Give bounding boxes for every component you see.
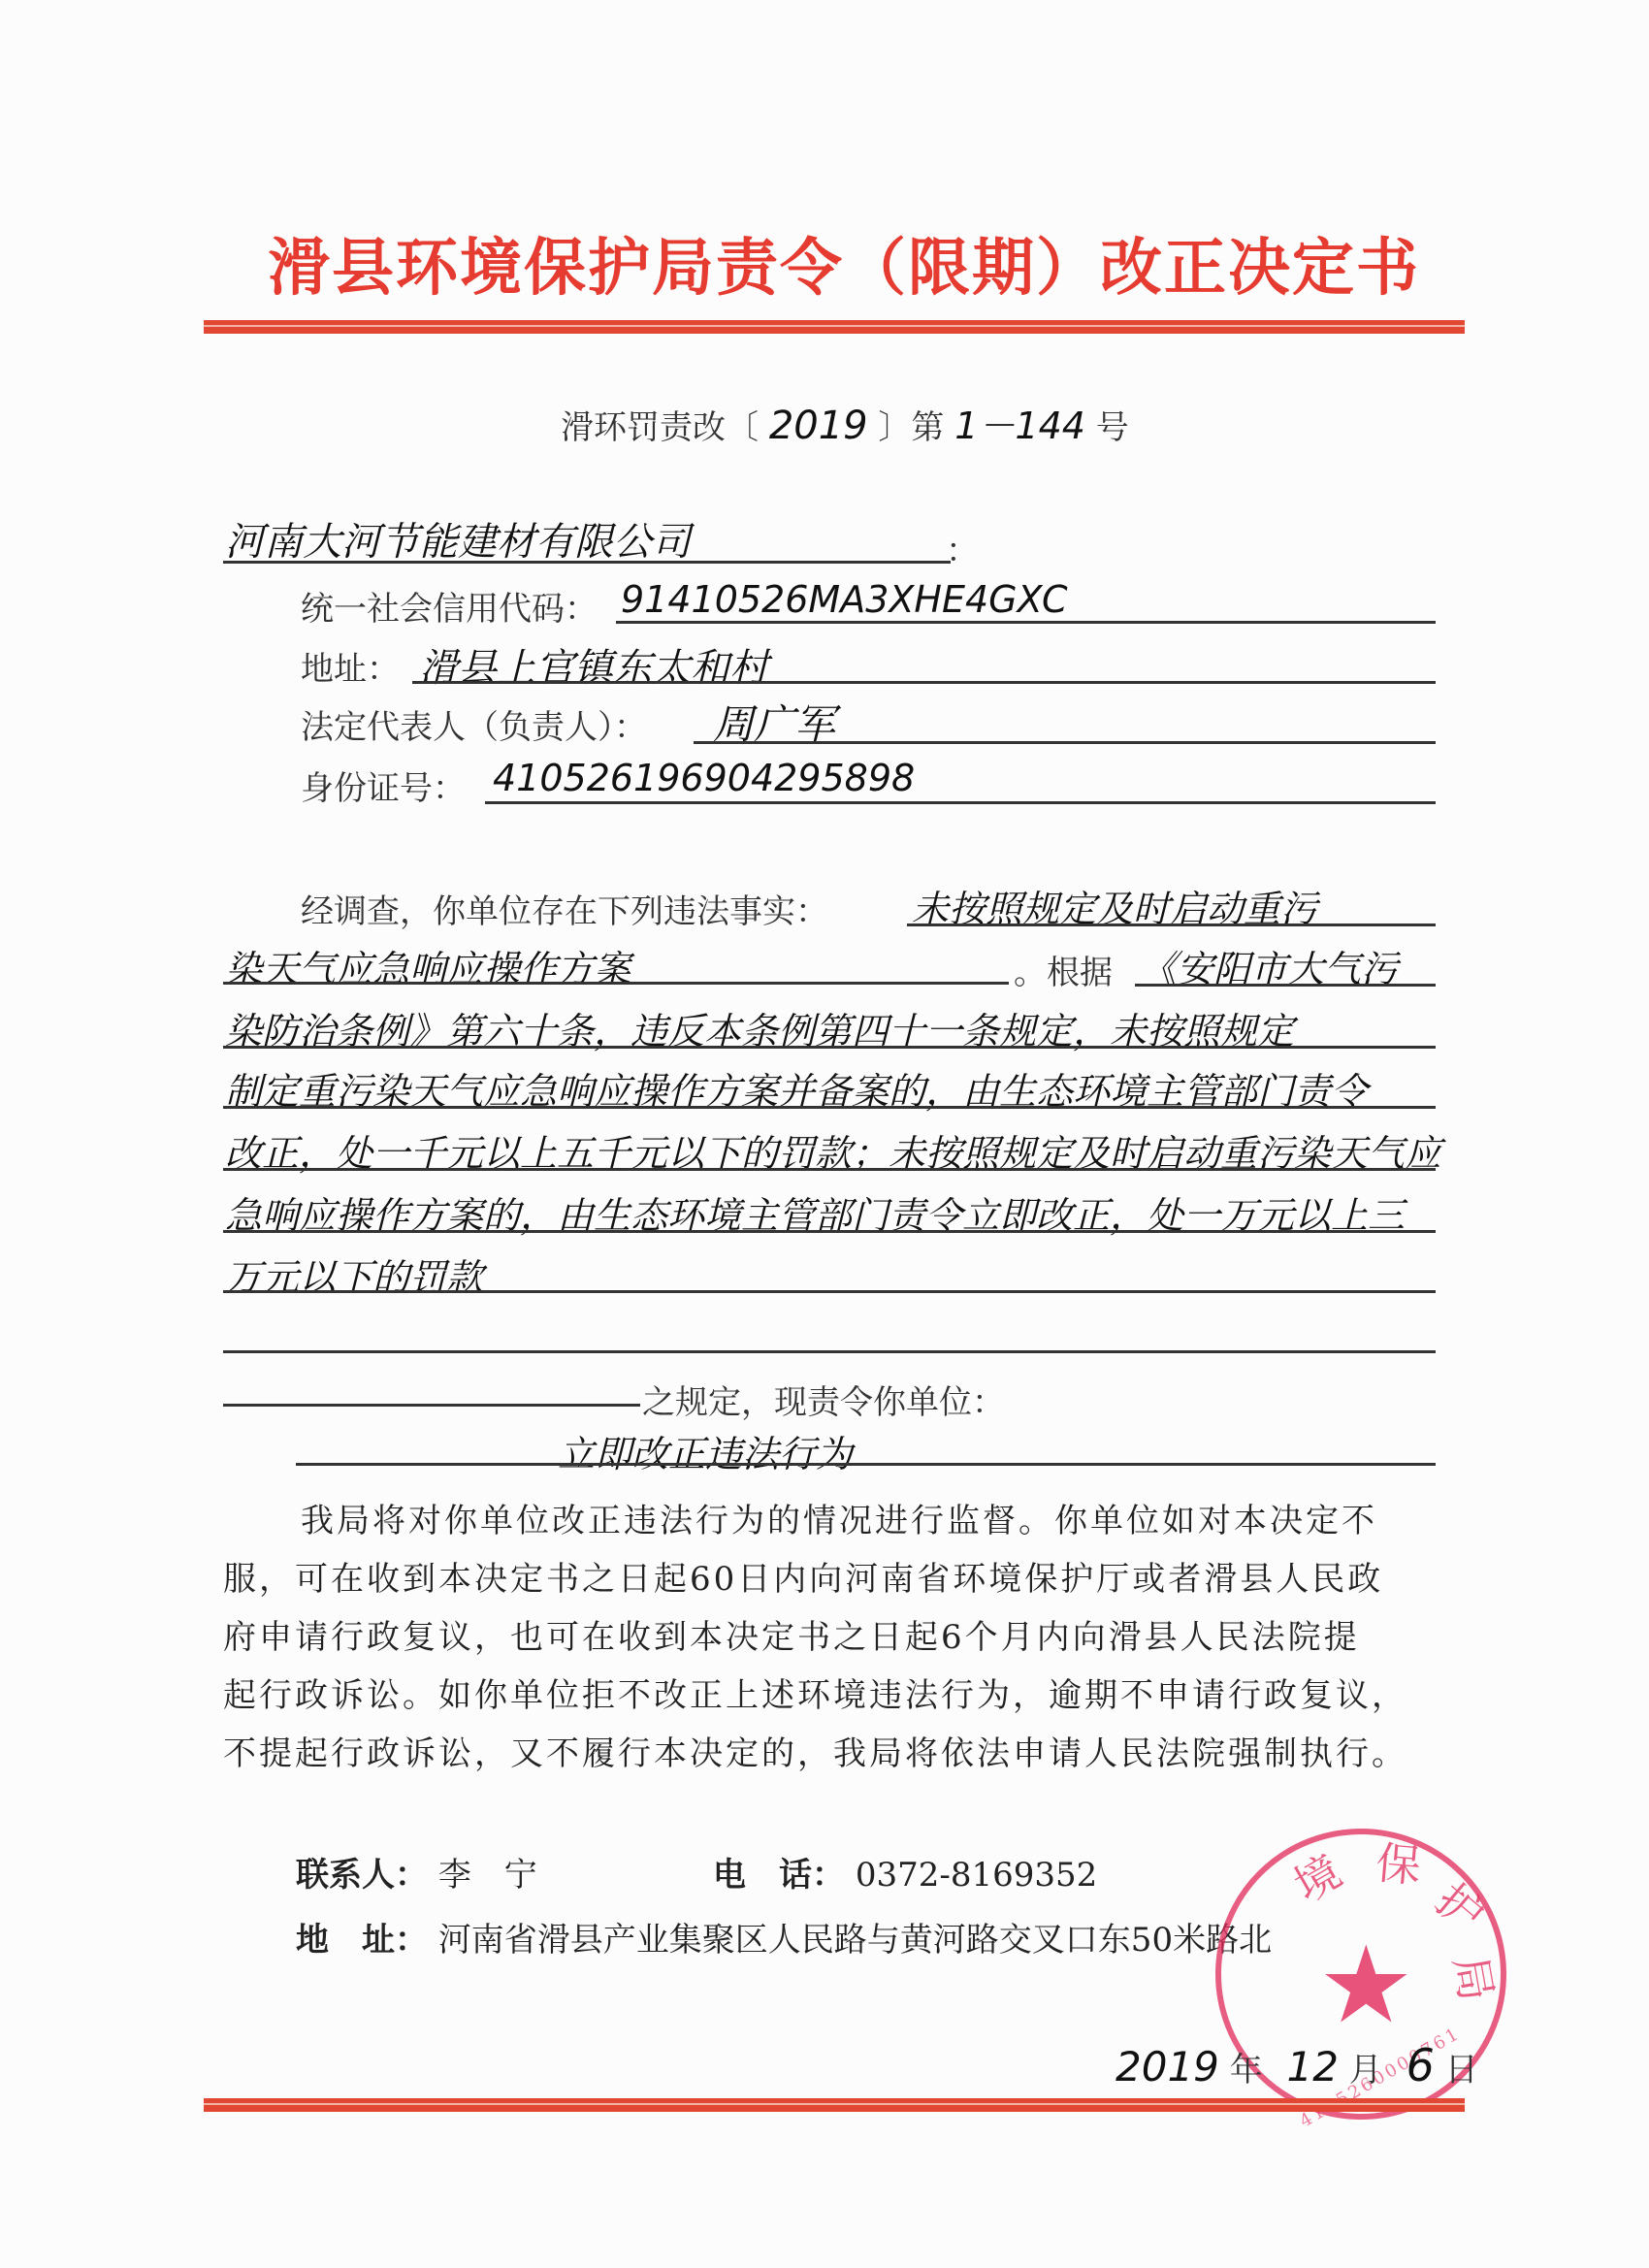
date-day: 6: [1406, 2039, 1435, 2091]
title-red-rule: [204, 320, 1465, 334]
address-underline: [412, 681, 1436, 684]
document-page: 滑县环境保护局责令（限期）改正决定书 滑环罚责改〔 2019 〕第 1－144 …: [0, 0, 1649, 2268]
basis-underline-4: [223, 1168, 1436, 1171]
violation-intro: 经调查，你单位存在下列违法事实：: [301, 885, 828, 932]
seal-char-3: 护: [1424, 1866, 1500, 1944]
date-day-label: 日: [1445, 2051, 1478, 2090]
date-year: 2019: [1115, 2043, 1219, 2090]
id-number-underline: [485, 801, 1436, 804]
basis-underline-2: [223, 1046, 1436, 1049]
notice-line-2: 服，可在收到本决定书之日起60日内向河南省环境保护厅或者滑县人民政: [223, 1552, 1383, 1600]
order-label: 之规定，现责令你单位：: [642, 1376, 1005, 1423]
seal-char-2: 保: [1374, 1828, 1424, 1895]
basis-underline-3: [223, 1106, 1436, 1109]
facts-underline-2: [223, 982, 1009, 985]
blank-underline-1: [223, 1350, 1436, 1353]
basis-label: 。根据: [1014, 946, 1113, 993]
date-month-label: 月: [1349, 2051, 1382, 2090]
doc-number-prefix: 滑环罚责改〔: [561, 408, 759, 447]
document-number: 滑环罚责改〔 2019 〕第 1－144 号: [561, 396, 1129, 449]
footer-red-rule: [204, 2098, 1465, 2112]
address-value: 滑县上官镇东太和村: [419, 637, 768, 693]
contact-address-value: 河南省滑县产业集聚区人民路与黄河路交叉口东50米路北: [438, 1921, 1272, 1960]
facts-underline-1: [907, 923, 1436, 926]
basis-underline-6: [223, 1290, 1436, 1293]
legal-rep-underline: [694, 741, 1436, 744]
doc-number-mid: 〕第: [878, 408, 944, 447]
notice-line-5: 不提起行政诉讼，又不履行本决定的，我局将依法申请人民法院强制执行。: [223, 1727, 1407, 1774]
contact-person-value: 李 宁: [438, 1856, 537, 1895]
legal-rep-label: 法定代表人（负责人）：: [301, 700, 647, 748]
contact-person-label: 联系人：: [296, 1856, 428, 1895]
seal-char-1: 境: [1281, 1837, 1352, 1915]
credit-code-label: 统一社会信用代码：: [301, 582, 598, 630]
date-month: 12: [1287, 2043, 1339, 2090]
notice-line-1: 我局将对你单位改正违法行为的情况进行监督。你单位如对本决定不: [301, 1494, 1377, 1541]
company-colon: ：: [946, 524, 979, 571]
contact-phone-value: 0372-8169352: [856, 1856, 1097, 1895]
id-number-label: 身份证号：: [301, 761, 466, 809]
document-title: 滑县环境保护局责令（限期）改正决定书: [223, 218, 1465, 308]
address-label: 地址：: [301, 642, 400, 690]
contact-person: 联系人： 李 宁: [296, 1848, 537, 1895]
company-underline: [223, 561, 951, 564]
seal-star-icon: ★: [1318, 1931, 1414, 2038]
order-underline: [296, 1463, 1436, 1466]
doc-number-value: 1－144: [954, 405, 1085, 447]
issue-date: 2019 年 12 月 6 日: [1115, 2039, 1478, 2091]
contact-address-label: 地 址：: [296, 1921, 428, 1960]
id-number-value: 410526196904295898: [493, 757, 915, 799]
notice-line-4: 起行政诉讼。如你单位拒不改正上述环境违法行为，逾期不申请行政复议，: [223, 1669, 1407, 1716]
date-year-label: 年: [1230, 2051, 1263, 2090]
order-prefix-underline: [223, 1404, 640, 1407]
notice-line-3: 府申请行政复议，也可在收到本决定书之日起6个月内向滑县人民法院提: [223, 1610, 1360, 1658]
credit-code-value: 91410526MA3XHE4GXC: [621, 578, 1068, 621]
basis-underline-5: [223, 1230, 1436, 1233]
contact-address: 地 址： 河南省滑县产业集聚区人民路与黄河路交叉口东50米路北: [296, 1913, 1272, 1960]
contact-phone: 电 话： 0372-8169352: [713, 1848, 1097, 1895]
basis-underline-1: [1135, 984, 1436, 987]
doc-number-year: 2019: [769, 404, 868, 448]
order-value: 立即改正违法行为: [558, 1424, 853, 1477]
contact-phone-label: 电 话：: [713, 1856, 845, 1895]
seal-char-4: 局: [1441, 1951, 1512, 2006]
recipient-company: 河南大河节能建材有限公司: [225, 511, 691, 567]
credit-code-underline: [616, 621, 1436, 624]
doc-number-suffix: 号: [1096, 408, 1129, 447]
